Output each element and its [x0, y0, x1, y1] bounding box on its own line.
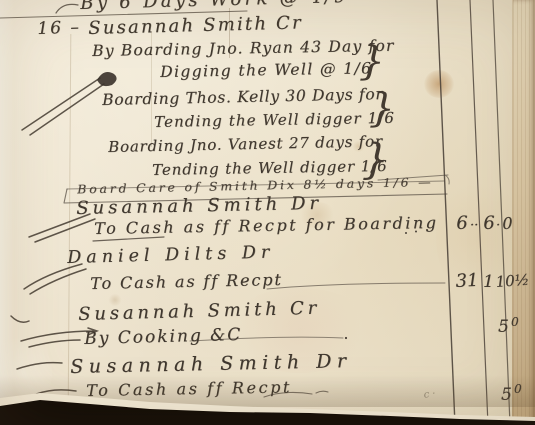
posting-dash-5b — [29, 340, 80, 347]
amount-pence-row4: 0 — [514, 382, 522, 396]
ledger-line: To Cash as ff Recpt — [86, 377, 292, 400]
ledger-line: To Cash as ff Recpt — [90, 270, 283, 293]
posting-tick-1a — [22, 78, 100, 130]
amount-shillings-row4: 5 — [501, 385, 512, 405]
posting-tick-2b — [35, 219, 95, 242]
amount-shillings-row2: 1 — [483, 272, 494, 292]
amount-pounds-row1: 6 — [456, 213, 468, 234]
amount-pence-row1: 0 — [502, 214, 513, 233]
amount-pence-row3: 0 — [511, 315, 519, 329]
tick-nib-blob — [97, 72, 117, 86]
brace-ryan: } — [359, 45, 386, 78]
amount-shillings-row3: 5 — [498, 317, 509, 337]
amount-separator: ·· — [470, 218, 478, 233]
posting-tick-1b — [30, 84, 104, 135]
posting-hook-4 — [11, 316, 29, 322]
amount-shillings-row1: 6 — [483, 213, 495, 234]
pencil-note: c · — [423, 388, 436, 401]
money-column-line-3 — [493, 0, 510, 425]
ledger-line: By Cooking &C — [84, 325, 243, 349]
ledger-line: Digging the Well @ 1/6 — [160, 59, 372, 81]
entry-number: 16 – — [37, 17, 81, 39]
brace-kelly: } — [369, 92, 396, 125]
amount-pence-row2: 10½ — [495, 271, 530, 291]
brace-vanest: } — [362, 142, 390, 177]
amount-pounds-row2: 31 — [455, 270, 479, 292]
rule-after-cash-dilts — [267, 283, 445, 289]
ledger-page-photo: 16 – By 6 Days Work @ 4/9 Susannah Smith… — [0, 0, 535, 425]
amount-separator: · — [496, 218, 500, 233]
money-column-line-1 — [437, 0, 455, 425]
posting-tick-3b — [30, 269, 86, 294]
posting-dash-6 — [17, 363, 62, 369]
cutoff-flourish — [56, 4, 78, 13]
